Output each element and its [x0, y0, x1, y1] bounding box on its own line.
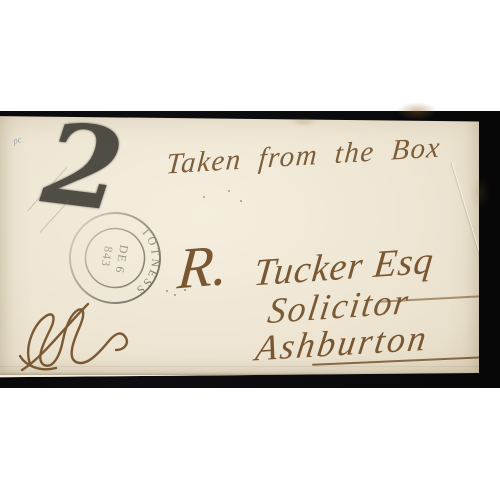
rate-handstamp-2: 2	[38, 116, 127, 220]
ink-speck	[240, 200, 242, 202]
ink-speck	[166, 290, 168, 292]
ink-speck	[174, 294, 176, 296]
postal-cover: pc 2	[0, 114, 479, 381]
postmark-date-line2: 843	[98, 245, 115, 268]
manuscript-note: Taken from the Box	[165, 134, 442, 180]
photo-black-backdrop: pc 2	[0, 111, 500, 388]
postmark-town-arc: TOTNESS	[128, 224, 163, 300]
toning-stain	[290, 117, 318, 127]
ink-speck	[228, 190, 230, 192]
svg-text:TOTNESS: TOTNESS	[128, 224, 163, 300]
postmark-outer-ring	[67, 210, 163, 306]
paper-crease	[0, 366, 479, 367]
toning-stain	[470, 176, 490, 210]
scribble-loops	[28, 309, 127, 365]
toning-stain	[396, 102, 438, 120]
pencil-note: pc	[12, 134, 23, 146]
ink-speck	[203, 196, 205, 198]
initials-scribble	[16, 298, 136, 383]
photo-page: pc 2	[0, 0, 500, 500]
ink-speck	[184, 289, 186, 291]
postmark-inner-ring	[81, 224, 149, 292]
bottom-fold-edge	[0, 375, 479, 381]
totness-datestamp: TOTNESS DE 6 843	[67, 210, 163, 306]
